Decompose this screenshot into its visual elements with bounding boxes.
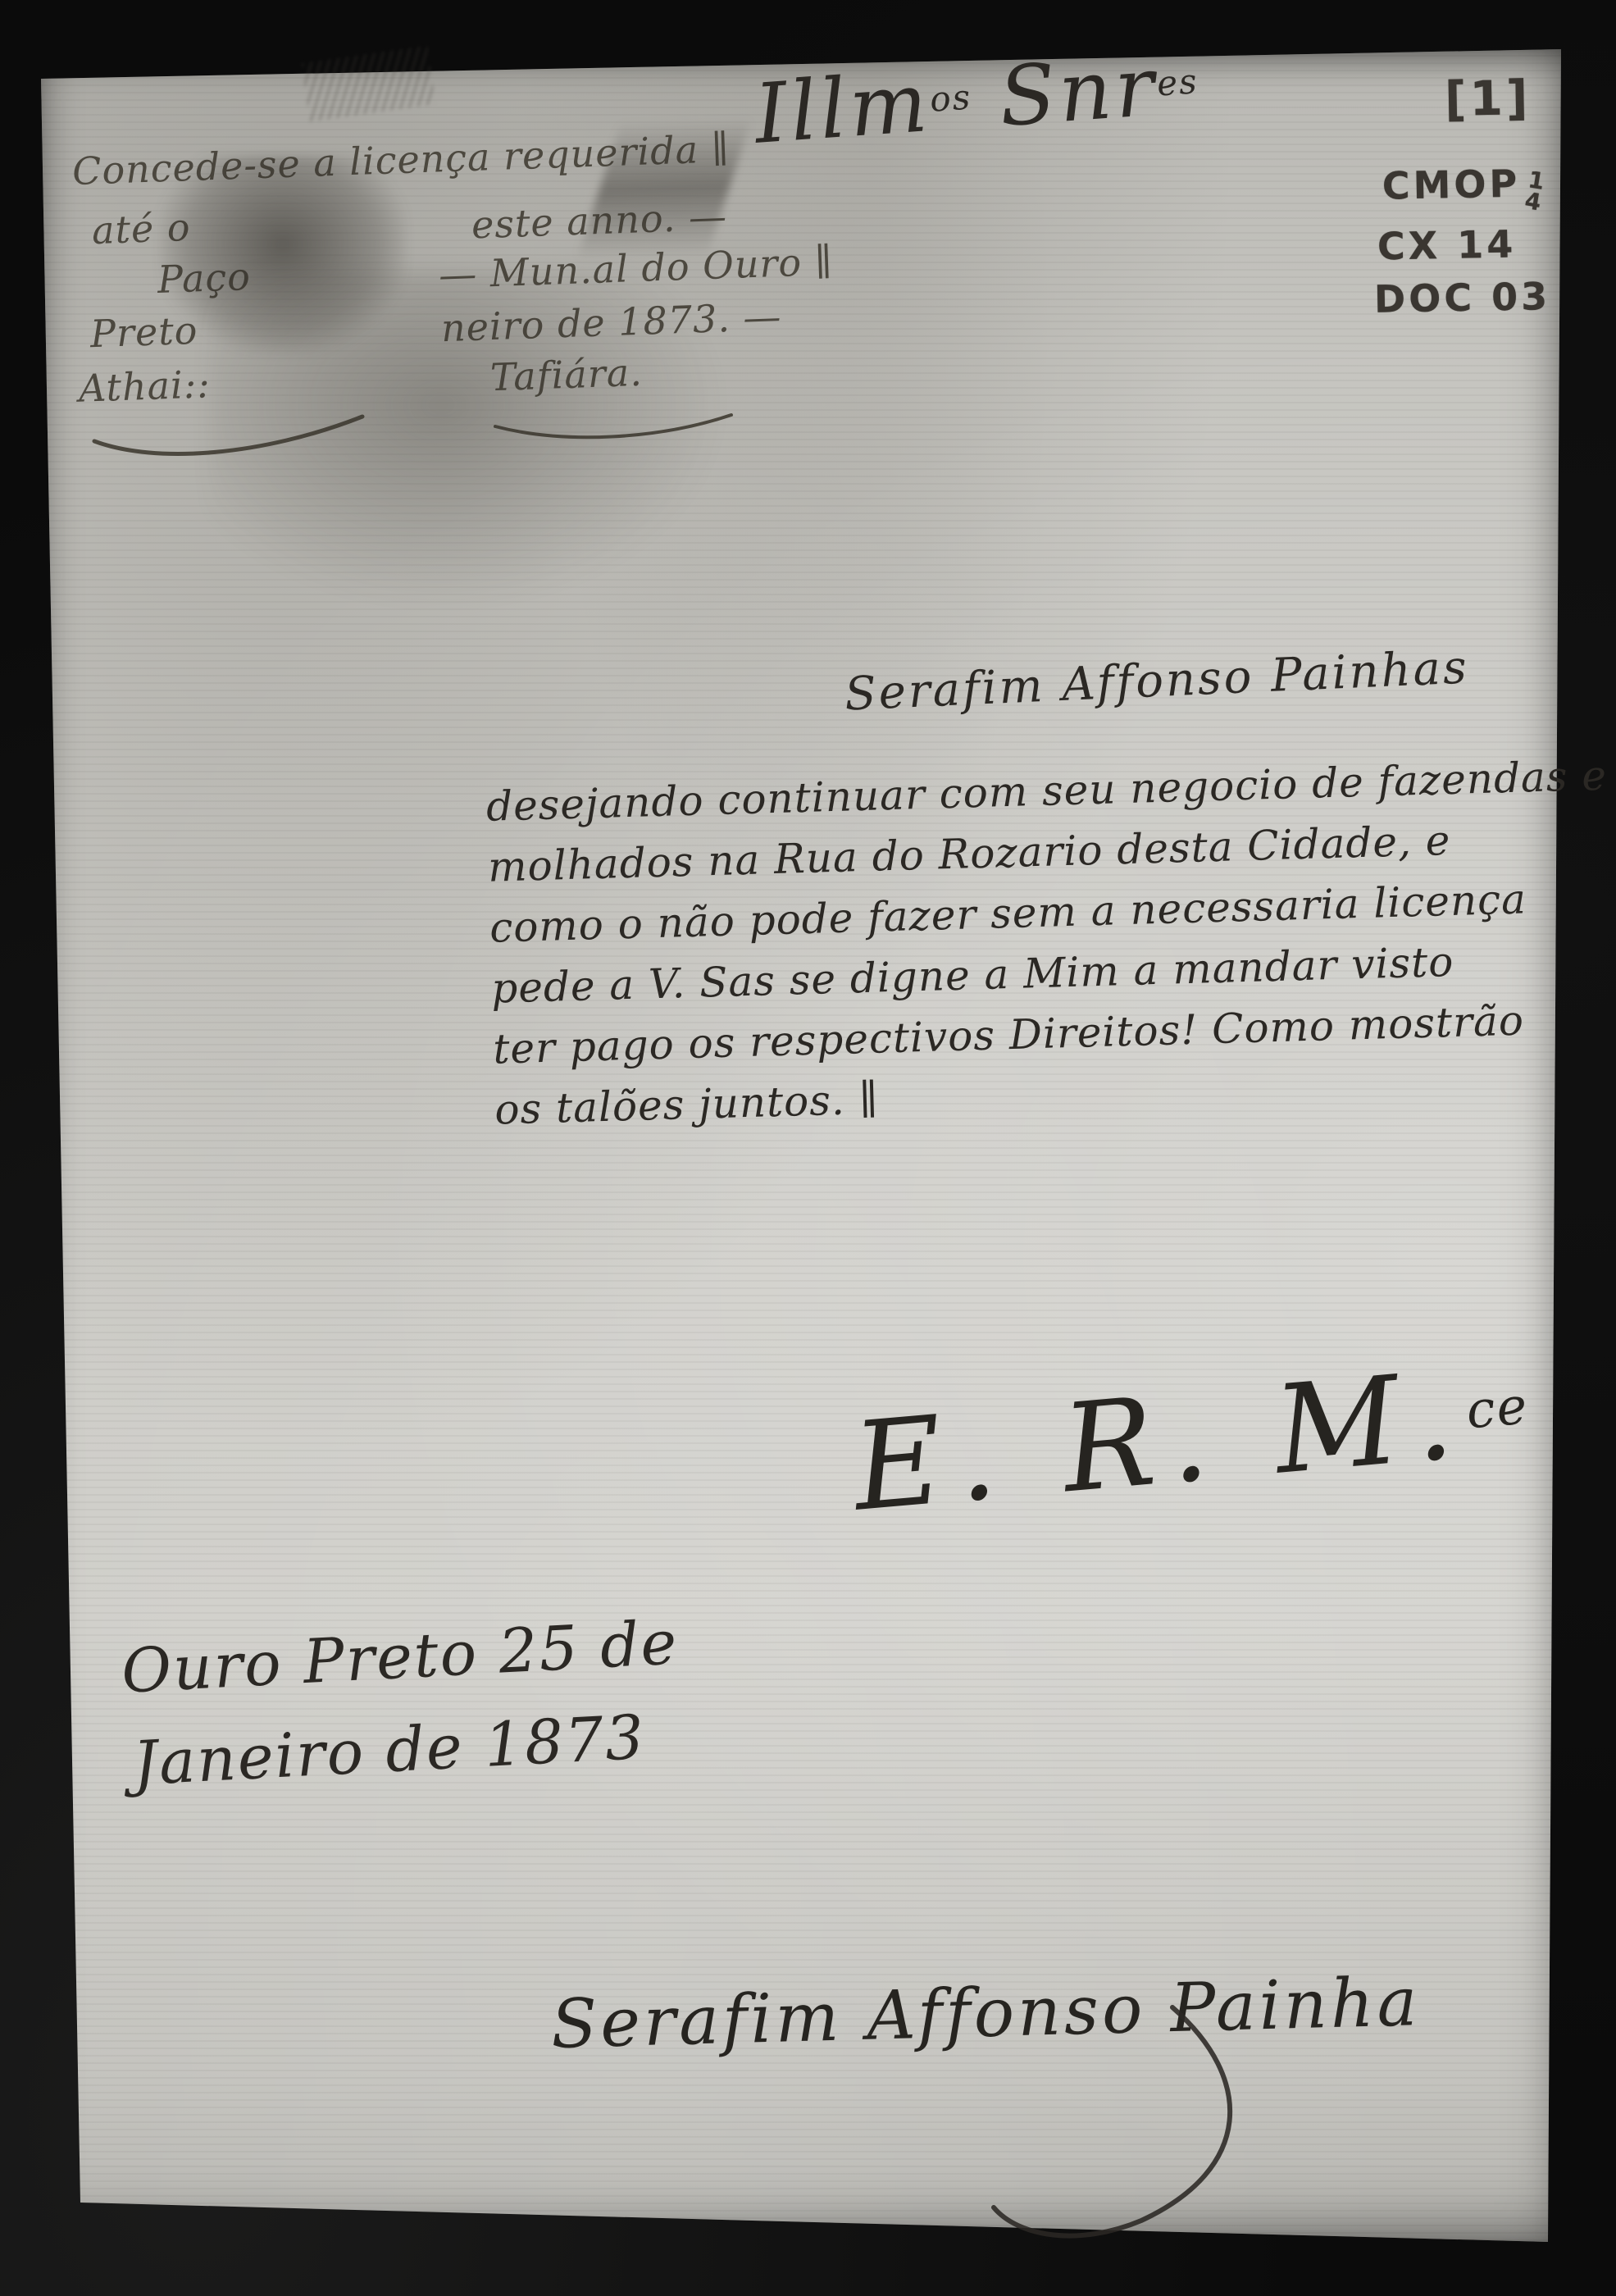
marginal-note-line-4-left: Preto (89, 308, 198, 357)
archival-box-number: CX 14 (1377, 222, 1517, 269)
petition-body: desejando continuar com seu negocio de f… (485, 745, 1594, 1140)
marginal-note-line-2-left: até o (91, 205, 191, 253)
archival-fonds-fraction: 14 (1523, 169, 1545, 213)
salutation-word2-superscript: es (1155, 61, 1199, 103)
marginal-note-line-2-right: este anno. — (471, 194, 728, 248)
document-paper-sheet (34, 48, 1566, 2245)
archival-document-number: DOC 03 (1374, 274, 1551, 321)
archival-fonds-text: CMOP (1382, 162, 1520, 208)
marginal-note-signature: Tafiára. (489, 350, 644, 399)
archival-page-number: [1] (1444, 70, 1532, 127)
archival-fonds-code: CMOP14 (1382, 161, 1543, 223)
marginal-note-line-3-left: Paço (157, 254, 252, 302)
salutation-word2: Snr (996, 39, 1160, 145)
closing-formula-superscript: ce (1464, 1375, 1531, 1440)
salutation-word1-superscript: os (929, 76, 973, 119)
marginal-note-line-5-left: Athai:: (78, 362, 211, 411)
archival-fonds-fraction-bottom: 4 (1523, 190, 1542, 214)
salutation-word1: Illm (752, 54, 934, 162)
